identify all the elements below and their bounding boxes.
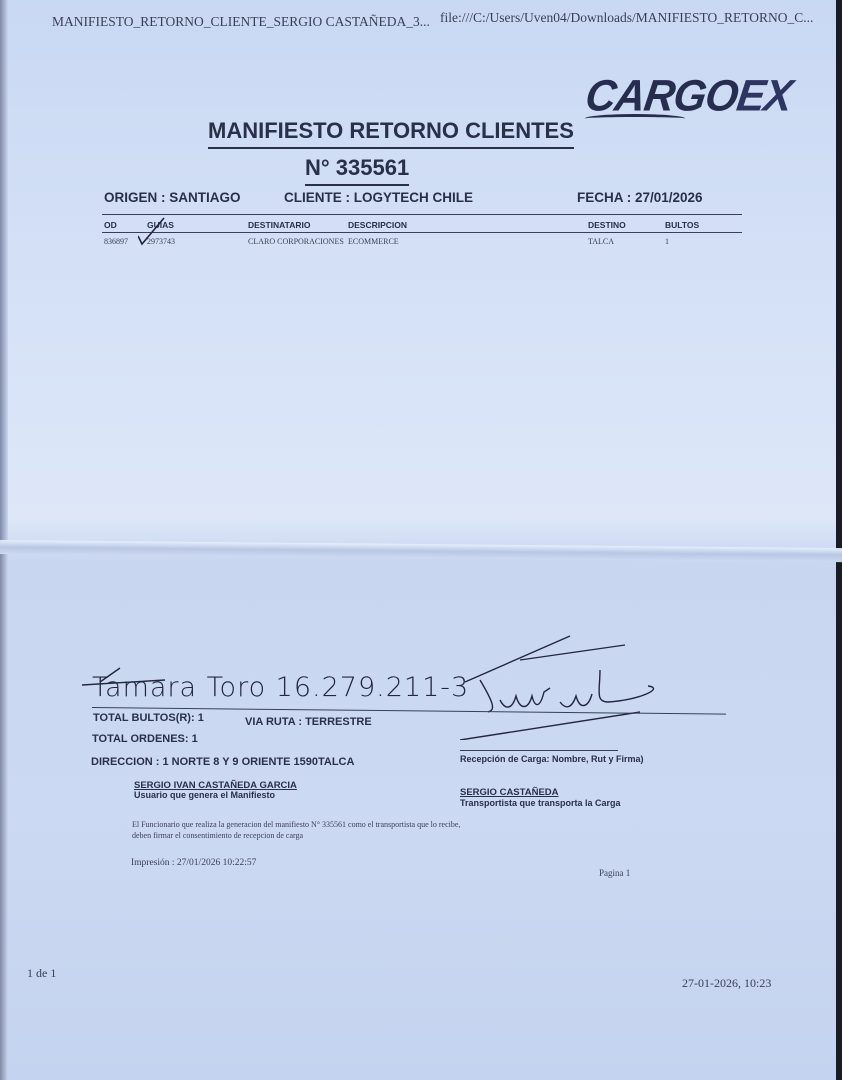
carrier-role: Transportista que transporta la Carga bbox=[460, 798, 621, 808]
manifest-number: N° 335561 bbox=[305, 155, 409, 186]
direccion: DIRECCION : 1 NORTE 8 Y 9 ORIENTE 1590TA… bbox=[91, 756, 354, 768]
notice-line1: El Funcionario que realiza la generacion… bbox=[132, 819, 460, 830]
cell-destino: TALCA bbox=[588, 237, 614, 246]
origin: ORIGEN : SANTIAGO bbox=[104, 190, 241, 205]
reception-signature-rule bbox=[460, 750, 618, 751]
print-timestamp: Impresión : 27/01/2026 10:22:57 bbox=[131, 858, 256, 868]
cell-od: 836897 bbox=[104, 237, 128, 246]
cell-bultos: 1 bbox=[665, 237, 669, 246]
table-top-rule bbox=[102, 214, 742, 215]
col-od: OD bbox=[104, 220, 117, 230]
paper-fold bbox=[0, 540, 842, 562]
background-edge bbox=[836, 0, 842, 1080]
table-header-rule bbox=[102, 232, 742, 233]
logo-part2: EX bbox=[734, 71, 795, 120]
logo-part1: CARGO bbox=[583, 71, 741, 120]
print-datetime: 27-01-2026, 10:23 bbox=[682, 976, 771, 991]
print-page-title: MANIFIESTO_RETORNO_CLIENTE_SERGIO CASTAÑ… bbox=[52, 14, 430, 30]
page-label: Pagina 1 bbox=[599, 868, 630, 878]
carrier-name: SERGIO CASTAÑEDA bbox=[460, 787, 559, 798]
document-title: MANIFIESTO RETORNO CLIENTES bbox=[208, 118, 574, 149]
page-count: 1 de 1 bbox=[27, 966, 56, 981]
via-ruta: VIA RUTA : TERRESTRE bbox=[245, 716, 372, 728]
client: CLIENTE : LOGYTECH CHILE bbox=[284, 190, 473, 205]
reception-label: Recepción de Carga: Nombre, Rut y Firma) bbox=[460, 754, 644, 764]
cell-destinatario: CLARO CORPORACIONES bbox=[248, 237, 344, 246]
notice-line2: deben firmar el consentimiento de recepc… bbox=[132, 830, 303, 841]
col-descripcion: DESCRIPCION bbox=[348, 220, 407, 230]
date: FECHA : 27/01/2026 bbox=[577, 190, 703, 205]
total-ordenes: TOTAL ORDENES: 1 bbox=[92, 733, 198, 745]
print-url: file:///C:/Users/Uven04/Downloads/MANIFI… bbox=[440, 10, 813, 26]
user-role: Usuario que genera el Manifiesto bbox=[134, 790, 275, 800]
logo-swoosh bbox=[585, 114, 685, 123]
col-destino: DESTINO bbox=[588, 220, 626, 230]
handwritten-check-icon bbox=[138, 216, 168, 246]
col-bultos: BULTOS bbox=[665, 220, 699, 230]
col-destinatario: DESTINATARIO bbox=[248, 220, 311, 230]
cell-descripcion: ECOMMERCE bbox=[348, 237, 399, 246]
total-bultos: TOTAL BULTOS(R): 1 bbox=[93, 712, 204, 724]
